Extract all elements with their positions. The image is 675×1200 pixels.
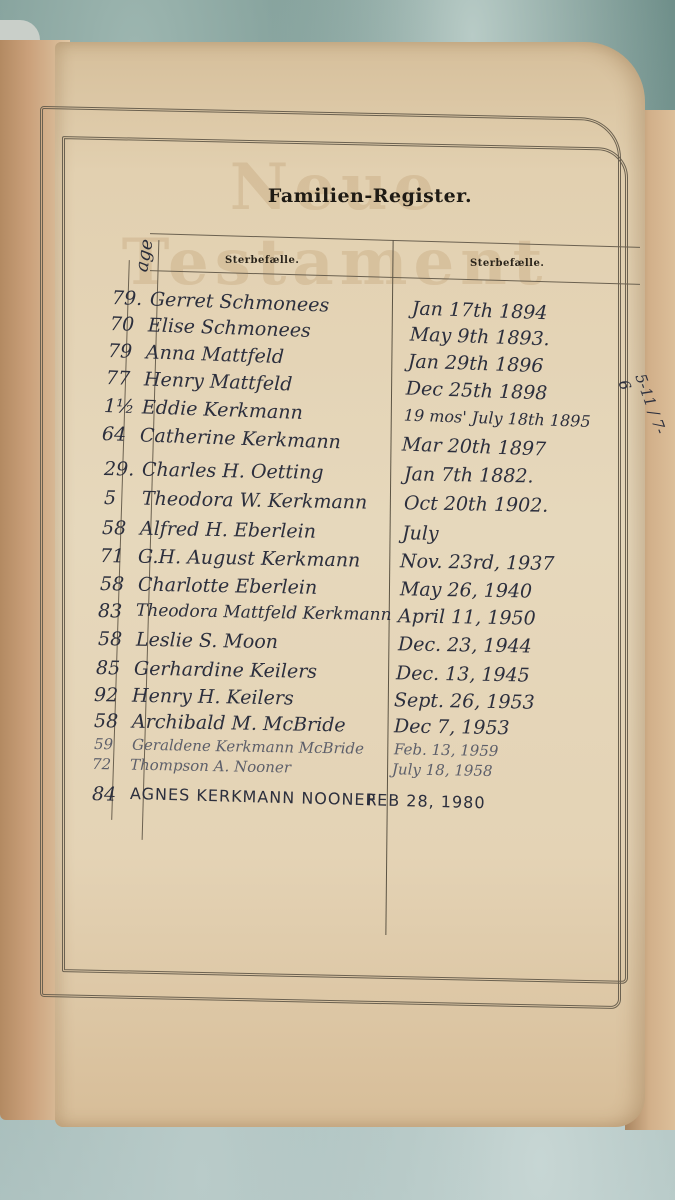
register-row: 1½ Eddie Kerkmann 19 mos' July 18th 1895 — [104, 395, 105, 417]
register-row: 79. Gerret Schmonees Jan 17th 1894 — [112, 287, 113, 309]
entry-date: Dec. 13, 1945 — [396, 662, 530, 686]
entry-date: April 11, 1950 — [398, 605, 536, 629]
entry-name: G.H. August Kerkmann — [138, 546, 361, 572]
entry-age: 59 — [94, 735, 134, 754]
entry-name: Charles H. Oetting — [142, 459, 324, 484]
entry-name: Charlotte Eberlein — [138, 574, 318, 599]
entry-name: Theodora W. Kerkmann — [142, 488, 368, 514]
entry-name: Alfred H. Eberlein — [140, 518, 316, 543]
entry-date: Nov. 23rd, 1937 — [400, 550, 555, 575]
entry-age: 72 — [92, 755, 132, 774]
entry-age: 85 — [96, 657, 136, 680]
entry-age: 84 — [92, 783, 133, 806]
entry-age: 64 — [102, 423, 143, 446]
entry-date: Oct 20th 1902. — [404, 492, 549, 517]
entry-name: Gerhardine Keilers — [134, 658, 317, 683]
entry-age: 79. — [112, 287, 153, 310]
register-row: 70 Elise Schmonees May 9th 1893. — [110, 313, 111, 335]
entry-age: 29. — [104, 458, 144, 481]
entry-date: July 18, 1958 — [392, 760, 493, 780]
register-row: 64 Catherine Kerkmann Mar 20th 1897 — [102, 423, 103, 445]
entry-age: 71 — [100, 545, 140, 568]
entry-age: 77 — [106, 367, 147, 390]
entry-age: 79 — [108, 340, 149, 363]
entry-date: July — [402, 522, 439, 545]
entry-date: Dec. 23, 1944 — [398, 633, 532, 657]
entry-name: Archibald M. McBride — [132, 711, 346, 737]
entry-date: Jan 29th 1896 — [407, 350, 543, 377]
entry-name: Leslie S. Moon — [136, 629, 278, 653]
entry-name: Henry H. Keilers — [132, 685, 294, 710]
entry-age: 58 — [102, 517, 142, 540]
entry-date: Feb. 13, 1959 — [394, 740, 499, 760]
entry-age: 58 — [94, 710, 134, 733]
entry-age: 58 — [100, 573, 140, 596]
entry-age: 58 — [98, 628, 138, 651]
entry-age: 92 — [94, 684, 134, 707]
entry-date: Jan 17th 1894 — [411, 297, 547, 324]
entry-date: May 26, 1940 — [400, 578, 533, 602]
column-header-right: Sterbefælle. — [470, 258, 544, 269]
register-row: 84 AGNES KERKMANN NOONER FEB 28, 1980 — [92, 783, 93, 805]
entry-date: FEB 28, 1980 — [367, 790, 486, 812]
entry-date: Sept. 26, 1953 — [394, 689, 535, 713]
column-header-left: Sterbefælle. — [225, 255, 299, 266]
entry-age: 70 — [110, 313, 151, 336]
entry-date: Jan 7th 1882. — [404, 463, 534, 487]
register-row: 77 Henry Mattfeld Dec 25th 1898 — [106, 367, 107, 389]
page-title: Familien-Register. — [230, 185, 510, 207]
entry-age: 5 — [104, 487, 144, 510]
entry-date: Dec 7, 1953 — [394, 715, 510, 739]
entry-name: Thompson A. Nooner — [130, 756, 291, 777]
entry-age: 1½ — [104, 395, 145, 418]
entry-age: 83 — [98, 600, 138, 623]
register-row: 79 Anna Mattfeld Jan 29th 1896 — [108, 340, 109, 362]
